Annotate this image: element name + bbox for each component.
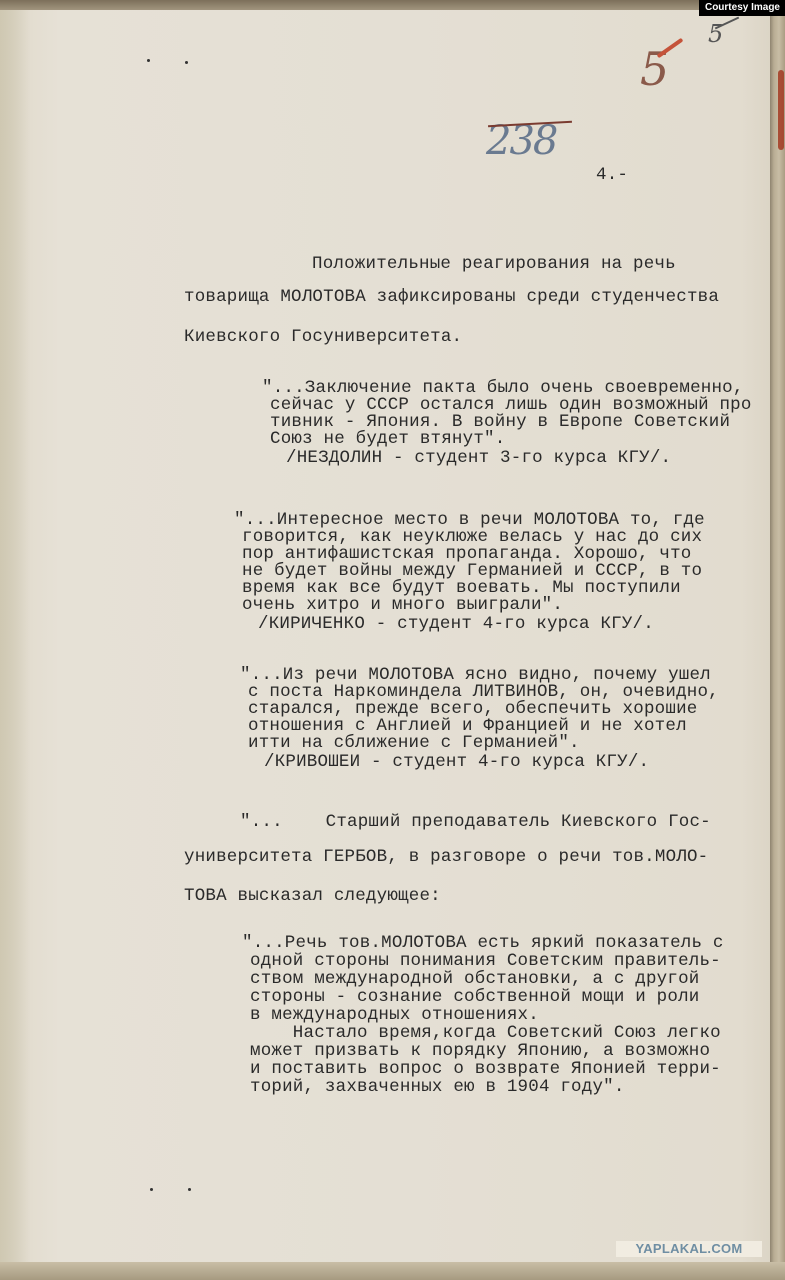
page-left-shadow <box>0 10 30 1264</box>
site-watermark: YAPLAKAL.COM <box>616 1241 762 1257</box>
final-quote-line: в международных отношениях. <box>250 1005 539 1025</box>
final-quote-line: одной стороны понимания Советским правит… <box>250 951 721 971</box>
quote-attribution: /КРИВОШЕИ - студент 4-го курса КГУ/. <box>264 752 649 772</box>
final-quote-line: "...Речь тов.МОЛОТОВА есть яркий показат… <box>242 933 724 953</box>
lecturer-line: "... Старший преподаватель Киевского Гос… <box>240 812 711 832</box>
ink-speck <box>185 61 188 64</box>
binder-right-edge <box>770 0 785 1280</box>
final-quote-line: стороны - сознание собственной мощи и ро… <box>250 987 699 1007</box>
final-quote-line: может призвать к порядку Японию, а возмо… <box>250 1041 710 1061</box>
quote-attribution: /НЕЗДОЛИН - студент 3-го курса КГУ/. <box>286 448 671 468</box>
final-quote-line: и поставить вопрос о возврате Японией те… <box>250 1059 721 1079</box>
ink-speck <box>188 1188 191 1191</box>
intro-line: Киевского Госуниверситета. <box>184 327 462 347</box>
quote-line: итти на сближение с Германией". <box>248 733 580 753</box>
red-page-edge-mark <box>778 70 784 150</box>
intro-line: товарища МОЛОТОВА зафиксированы среди ст… <box>184 287 719 307</box>
lecturer-line: ТОВА высказал следующее: <box>184 886 441 906</box>
quote-line: Союз не будет втянут". <box>270 429 505 449</box>
ink-speck <box>147 59 150 62</box>
ink-speck <box>150 1188 153 1191</box>
final-quote-line: торий, захваченных ею в 1904 году". <box>250 1077 625 1097</box>
lecturer-line: университета ГЕРБОВ, в разговоре о речи … <box>184 847 708 867</box>
intro-line: Положительные реагирования на речь <box>312 254 676 274</box>
quote-line: очень хитро и много выиграли". <box>242 595 563 615</box>
binder-bottom-edge <box>0 1262 785 1280</box>
final-quote-line: Настало время,когда Советский Союз легко <box>250 1023 721 1043</box>
page-number: 4.- <box>596 165 628 185</box>
final-quote-line: ством международной обстановки, а с друг… <box>250 969 699 989</box>
quote-attribution: /КИРИЧЕНКО - студент 4-го курса КГУ/. <box>258 614 654 634</box>
courtesy-label: Courtesy Image <box>699 0 785 16</box>
